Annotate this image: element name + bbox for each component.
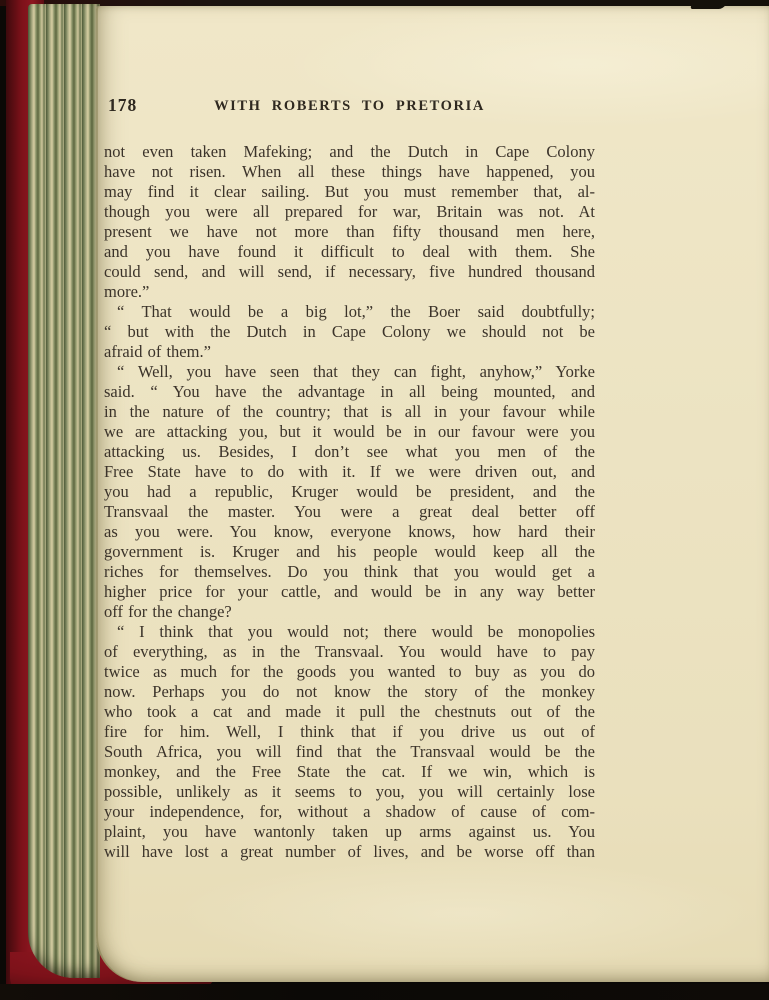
body-line: off for the change? xyxy=(104,602,595,622)
body-line: as you were. You know, everyone knows, h… xyxy=(104,522,595,542)
page-top-notch xyxy=(689,0,729,9)
page-edges-stack xyxy=(28,4,100,978)
body-line: said. “ You have the advantage in all be… xyxy=(104,382,595,402)
body-line: “ Well, you have seen that they can figh… xyxy=(104,362,595,382)
page-header: 178 WITH ROBERTS TO PRETORIA xyxy=(104,95,595,117)
body-line: of everything, as in the Transvaal. You … xyxy=(104,642,595,662)
body-line: possible, unlikely as it seems to you, y… xyxy=(104,782,595,802)
body-line: we are attacking you, but it would be in… xyxy=(104,422,595,442)
body-line: who took a cat and made it pull the ches… xyxy=(104,702,595,722)
body-line: Free State have to do with it. If we wer… xyxy=(104,462,595,482)
body-line: “ but with the Dutch in Cape Colony we s… xyxy=(104,322,595,342)
body-line: you had a republic, Kruger would be pres… xyxy=(104,482,595,502)
body-line: now. Perhaps you do not know the story o… xyxy=(104,682,595,702)
body-line: “ I think that you would not; there woul… xyxy=(104,622,595,642)
body-lines: not even taken Mafeking; and the Dutch i… xyxy=(104,142,595,862)
book-photo: 178 WITH ROBERTS TO PRETORIA not even ta… xyxy=(0,0,769,1000)
body-line: not even taken Mafeking; and the Dutch i… xyxy=(104,142,595,162)
body-line: more.” xyxy=(104,282,595,302)
body-line: present we have not more than fifty thou… xyxy=(104,222,595,242)
body-line: twice as much for the goods you wanted t… xyxy=(104,662,595,682)
body-line: riches for themselves. Do you think that… xyxy=(104,562,595,582)
body-line: your independence, for, without a shadow… xyxy=(104,802,595,822)
body-line: plaint, you have wantonly taken up arms … xyxy=(104,822,595,842)
body-line: South Africa, you will find that the Tra… xyxy=(104,742,595,762)
body-line: “ That would be a big lot,” the Boer sai… xyxy=(104,302,595,322)
page-content: 178 WITH ROBERTS TO PRETORIA not even ta… xyxy=(104,95,595,862)
body-line: afraid of them.” xyxy=(104,342,595,362)
body-line: monkey, and the Free State the cat. If w… xyxy=(104,762,595,782)
body-line: may find it clear sailing. But you must … xyxy=(104,182,595,202)
body-line: attacking us. Besides, I don’t see what … xyxy=(104,442,595,462)
page-number: 178 xyxy=(108,95,137,116)
body-line: have not risen. When all these things ha… xyxy=(104,162,595,182)
body-line: though you were all prepared for war, Br… xyxy=(104,202,595,222)
running-header: WITH ROBERTS TO PRETORIA xyxy=(214,98,485,115)
body-line: will have lost a great number of lives, … xyxy=(104,842,595,862)
body-line: fire for him. Well, I think that if you … xyxy=(104,722,595,742)
body-line: could send, and will send, if necessary,… xyxy=(104,262,595,282)
body-line: and you have found it difficult to deal … xyxy=(104,242,595,262)
background-bottom-strip xyxy=(0,984,769,1000)
body-line: Transvaal the master. You were a great d… xyxy=(104,502,595,522)
body-line: government is. Kruger and his people wou… xyxy=(104,542,595,562)
body-line: in the nature of the country; that is al… xyxy=(104,402,595,422)
body-line: higher price for your cattle, and would … xyxy=(104,582,595,602)
